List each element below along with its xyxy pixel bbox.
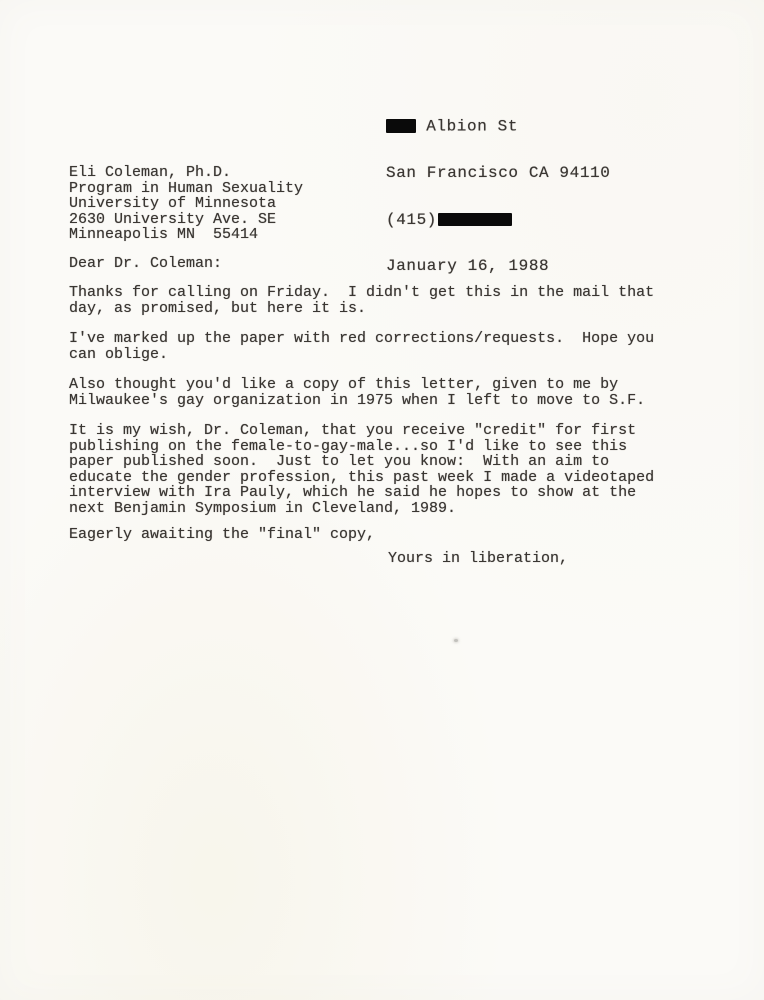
text-line: day, as promised, but here it is. — [69, 301, 654, 317]
text-line: educate the gender profession, this past… — [69, 470, 654, 486]
text-line: It is my wish, Dr. Coleman, that you rec… — [69, 423, 654, 439]
text-line: Eagerly awaiting the "final" copy, — [69, 527, 375, 543]
letter-page: Albion St San Francisco CA 94110 (415) J… — [0, 0, 764, 1000]
sender-street-line: Albion St — [386, 119, 610, 135]
sender-city-line: San Francisco CA 94110 — [386, 166, 610, 182]
paragraph-3: Also thought you'd like a copy of this l… — [69, 377, 645, 408]
text-line: can oblige. — [69, 347, 654, 363]
paragraph-1: Thanks for calling on Friday. I didn't g… — [69, 285, 654, 316]
signoff: Yours in liberation, — [388, 551, 568, 567]
scan-artifact-speck — [454, 639, 458, 642]
text-line: I've marked up the paper with red correc… — [69, 331, 654, 347]
text-line: interview with Ira Pauly, which he said … — [69, 485, 654, 501]
sender-phone-line: (415) — [386, 213, 610, 229]
salutation: Dear Dr. Coleman: — [69, 256, 222, 272]
text-line: Milwaukee's gay organization in 1975 whe… — [69, 393, 645, 409]
text-line: University of Minnesota — [69, 196, 303, 212]
text-line: Thanks for calling on Friday. I didn't g… — [69, 285, 654, 301]
text-line: Also thought you'd like a copy of this l… — [69, 377, 645, 393]
text-line: 2630 University Ave. SE — [69, 212, 303, 228]
sender-phone-prefix: (415) — [386, 211, 437, 229]
text-line: Eli Coleman, Ph.D. — [69, 165, 303, 181]
text-line: Program in Human Sexuality — [69, 181, 303, 197]
sender-address-block: Albion St San Francisco CA 94110 (415) J… — [386, 88, 610, 306]
paragraph-2: I've marked up the paper with red correc… — [69, 331, 654, 362]
text-line: paper published soon. Just to let you kn… — [69, 454, 654, 470]
text-line: publishing on the female-to-gay-male...s… — [69, 439, 654, 455]
text-line: Minneapolis MN 55414 — [69, 227, 303, 243]
sender-street-text: Albion St — [416, 118, 518, 136]
text-line: next Benjamin Symposium in Cleveland, 19… — [69, 501, 654, 517]
redaction-box-phone-number — [438, 213, 512, 226]
recipient-address-block: Eli Coleman, Ph.D.Program in Human Sexua… — [69, 165, 303, 243]
letter-date: January 16, 1988 — [386, 259, 610, 275]
paragraph-4: It is my wish, Dr. Coleman, that you rec… — [69, 423, 654, 516]
closing-line: Eagerly awaiting the "final" copy, — [69, 527, 375, 543]
redaction-box-street-number — [386, 119, 416, 133]
